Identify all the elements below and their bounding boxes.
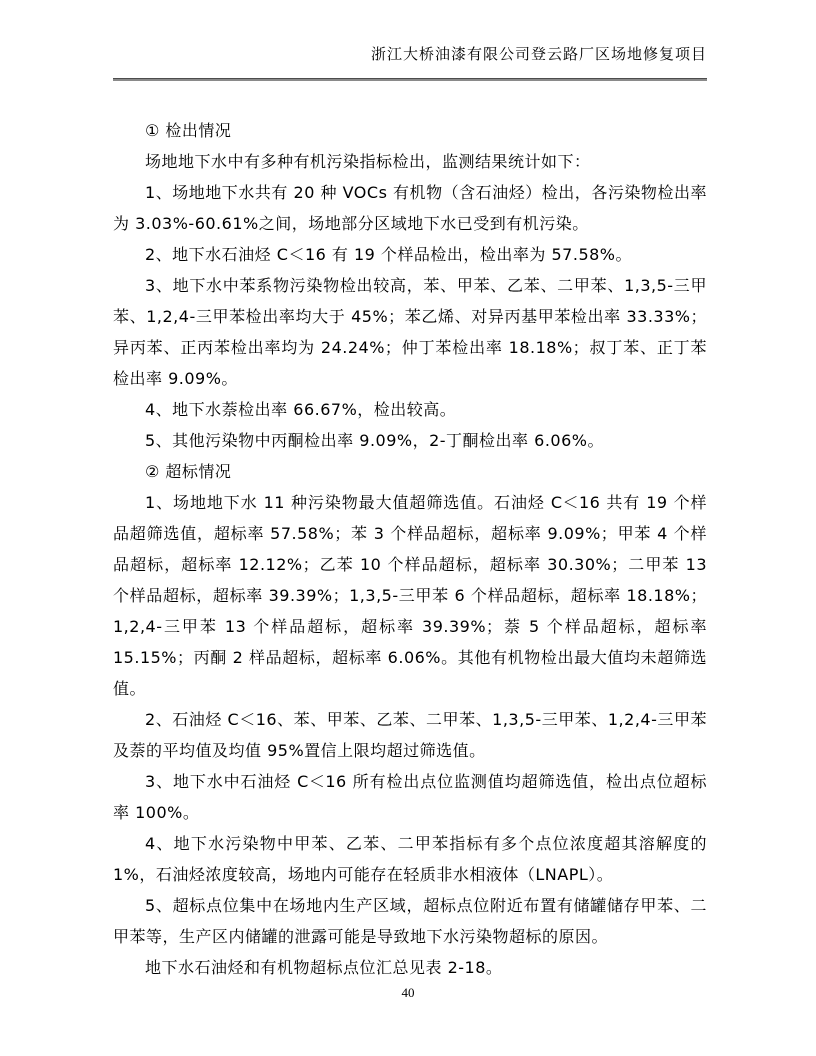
paragraph-3: 1、场地地下水共有 20 种 VOCs 有机物（含石油烃）检出，各污染物检出率为… [113, 177, 707, 239]
paragraph-4: 2、地下水石油烃 C＜16 有 19 个样品检出，检出率为 57.58%。 [113, 239, 707, 270]
page-header: 浙江大桥油漆有限公司登云路厂区场地修复项目 [113, 44, 707, 81]
paragraph-12: 4、地下水污染物中甲苯、乙苯、二甲苯指标有多个点位浓度超其溶解度的 1%，石油烃… [113, 828, 707, 890]
paragraph-5: 3、地下水中苯系物污染物检出较高，苯、甲苯、乙苯、二甲苯、1,3,5-三甲苯、1… [113, 270, 707, 394]
paragraph-2: 场地地下水中有多种有机污染指标检出，监测结果统计如下： [113, 146, 707, 177]
paragraph-14: 地下水石油烃和有机物超标点位汇总见表 2-18。 [113, 952, 707, 983]
page-footer: 40 [0, 982, 816, 1001]
document-page: 浙江大桥油漆有限公司登云路厂区场地修复项目 ① 检出情况场地地下水中有多种有机污… [0, 0, 816, 1056]
paragraph-11: 3、地下水中石油烃 C＜16 所有检出点位监测值均超筛选值，检出点位超标率 10… [113, 766, 707, 828]
paragraph-9: 1、场地地下水 11 种污染物最大值超筛选值。石油烃 C＜16 共有 19 个样… [113, 487, 707, 704]
paragraph-6: 4、地下水萘检出率 66.67%，检出较高。 [113, 394, 707, 425]
header-title: 浙江大桥油漆有限公司登云路厂区场地修复项目 [113, 44, 707, 64]
header-rule [113, 78, 707, 81]
page-number: 40 [402, 985, 415, 1000]
document-body: ① 检出情况场地地下水中有多种有机污染指标检出，监测结果统计如下：1、场地地下水… [113, 115, 707, 983]
paragraph-1: ① 检出情况 [113, 115, 707, 146]
paragraph-13: 5、超标点位集中在场地内生产区域，超标点位附近布置有储罐储存甲苯、二甲苯等，生产… [113, 890, 707, 952]
paragraph-8: ② 超标情况 [113, 456, 707, 487]
paragraph-7: 5、其他污染物中丙酮检出率 9.09%，2-丁酮检出率 6.06%。 [113, 425, 707, 456]
paragraph-10: 2、石油烃 C＜16、苯、甲苯、乙苯、二甲苯、1,3,5-三甲苯、1,2,4-三… [113, 704, 707, 766]
